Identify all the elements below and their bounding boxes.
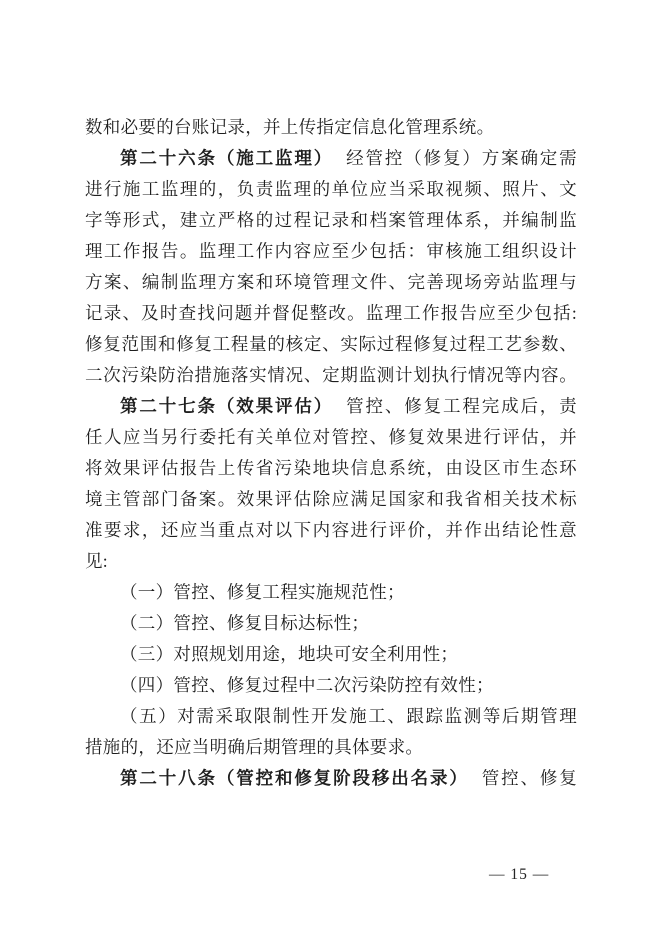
body-line: 第二十七条（效果评估）管控、修复工程完成后，责: [85, 391, 577, 422]
article-number-heading: 第二十八条（管控和修复阶段移出名录）: [120, 768, 469, 788]
body-line: 二次污染防治措施落实情况、定期监测计划执行情况等内容。: [85, 360, 577, 391]
body-line: 进行施工监理的，负责监理的单位应当采取视频、照片、文: [85, 174, 577, 205]
list-item: （四）管控、修复过程中二次污染防控有效性；: [85, 670, 577, 701]
body-line: 方案、编制监理方案和环境管理文件、完善现场旁站监理与: [85, 267, 577, 298]
line-text: 经管控（修复）方案确定需: [346, 148, 577, 168]
body-line: 数和必要的台账记录，并上传指定信息化管理系统。: [85, 112, 577, 143]
body-line: 第二十八条（管控和修复阶段移出名录）管控、修复: [85, 763, 577, 794]
list-item: （一）管控、修复工程实施规范性；: [85, 577, 577, 608]
body-line: 修复范围和修复工程量的核定、实际过程修复过程工艺参数、: [85, 329, 577, 360]
article-number-heading: 第二十七条（效果评估）: [120, 396, 333, 416]
line-text: 管控、修复: [482, 768, 577, 788]
list-item: （五）对需采取限制性开发施工、跟踪监测等后期管理: [85, 701, 577, 732]
body-line: 第二十六条（施工监理）经管控（修复）方案确定需: [85, 143, 577, 174]
list-item: （二）管控、修复目标达标性；: [85, 608, 577, 639]
body-line: 将效果评估报告上传省污染地块信息系统，由设区市生态环: [85, 453, 577, 484]
body-line: 境主管部门备案。效果评估除应满足国家和我省相关技术标: [85, 484, 577, 515]
body-line: 记录、及时查找问题并督促整改。监理工作报告应至少包括:: [85, 298, 577, 329]
body-line: 字等形式，建立严格的过程记录和档案管理体系，并编制监: [85, 205, 577, 236]
list-item: （三）对照规划用途，地块可安全利用性；: [85, 639, 577, 670]
page-number: — 15 —: [489, 866, 549, 884]
article-number-heading: 第二十六条（施工监理）: [120, 148, 333, 168]
document-text-block: 数和必要的台账记录，并上传指定信息化管理系统。 第二十六条（施工监理）经管控（修…: [85, 112, 577, 794]
body-line: 准要求，还应当重点对以下内容进行评价，并作出结论性意: [85, 515, 577, 546]
body-line: 见:: [85, 546, 577, 577]
body-line: 措施的，还应当明确后期管理的具体要求。: [85, 732, 577, 763]
body-line: 任人应当另行委托有关单位对管控、修复效果进行评估，并: [85, 422, 577, 453]
line-text: 管控、修复工程完成后，责: [346, 396, 577, 416]
document-page: 数和必要的台账记录，并上传指定信息化管理系统。 第二十六条（施工监理）经管控（修…: [0, 0, 661, 935]
body-line: 理工作报告。监理工作内容应至少包括：审核施工组织设计: [85, 236, 577, 267]
